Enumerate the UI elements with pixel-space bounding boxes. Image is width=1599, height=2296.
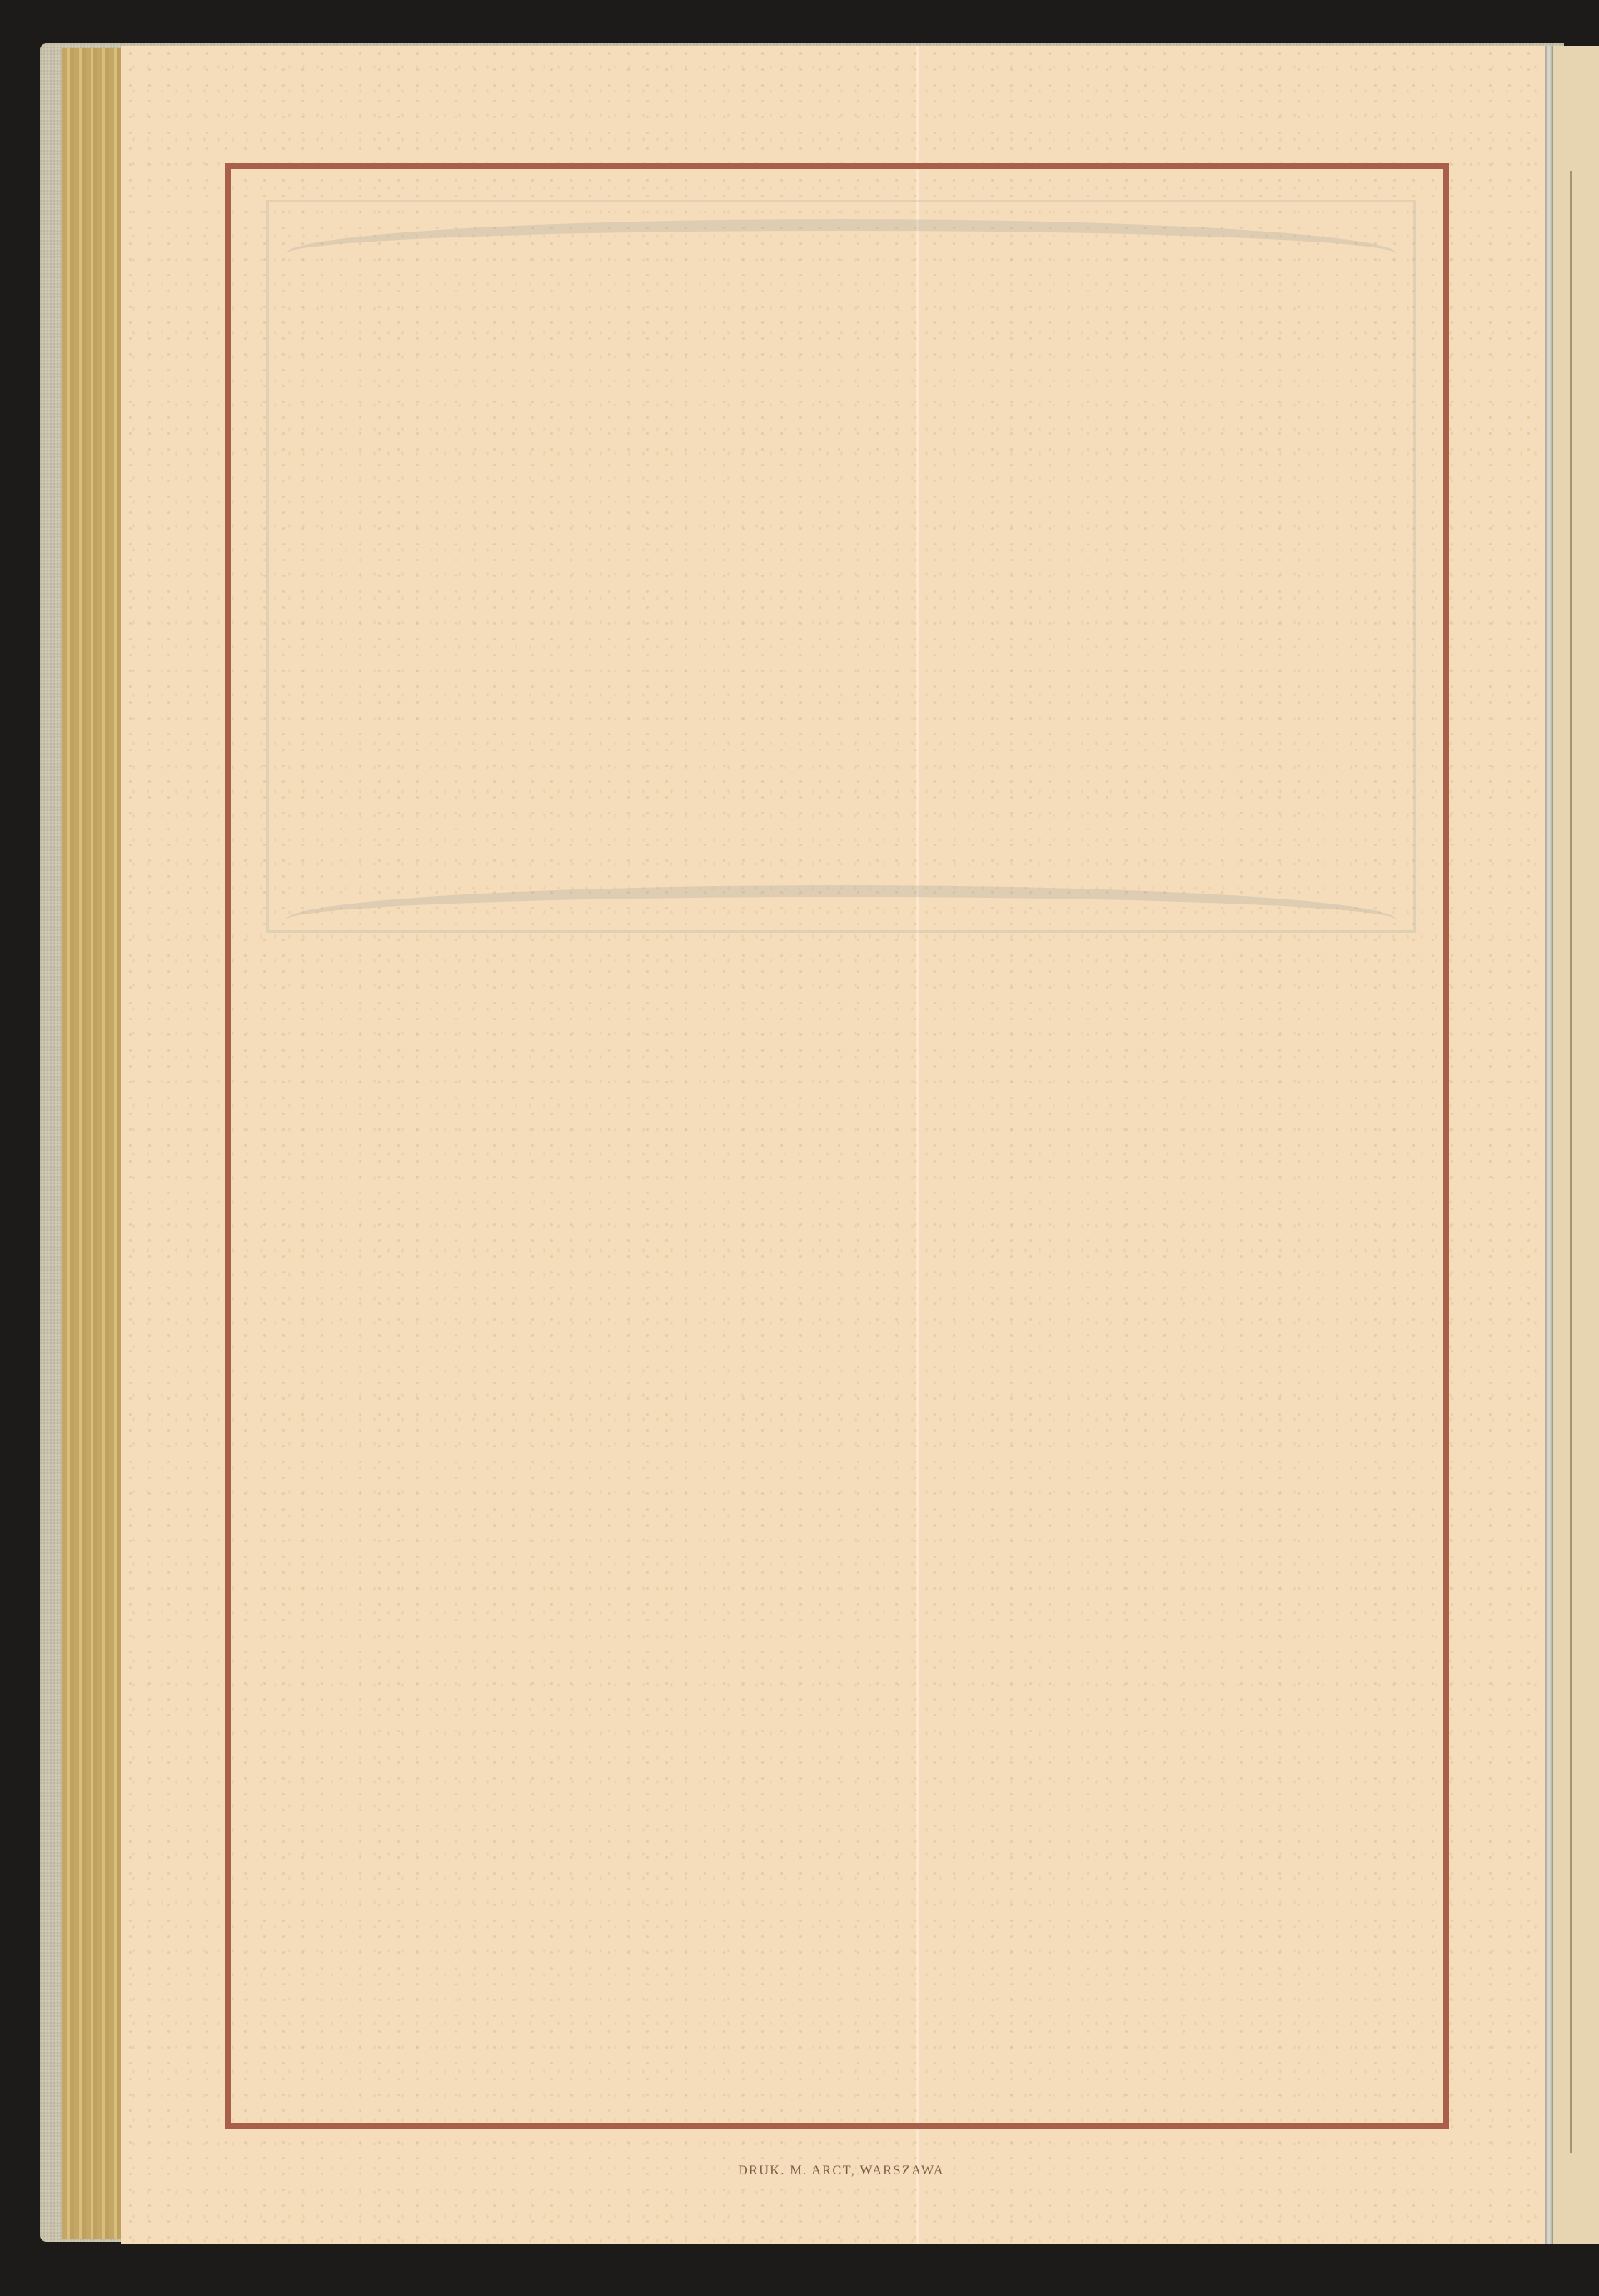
facing-page-edge <box>1553 46 1599 2244</box>
decorative-border-frame <box>225 163 1449 2129</box>
page-edges <box>62 48 121 2239</box>
book-spine-gutter <box>1545 46 1553 2244</box>
facing-page-border <box>1570 171 1572 2153</box>
printer-imprint: DRUK. M. ARCT, WARSZAWA <box>0 2164 1599 2179</box>
